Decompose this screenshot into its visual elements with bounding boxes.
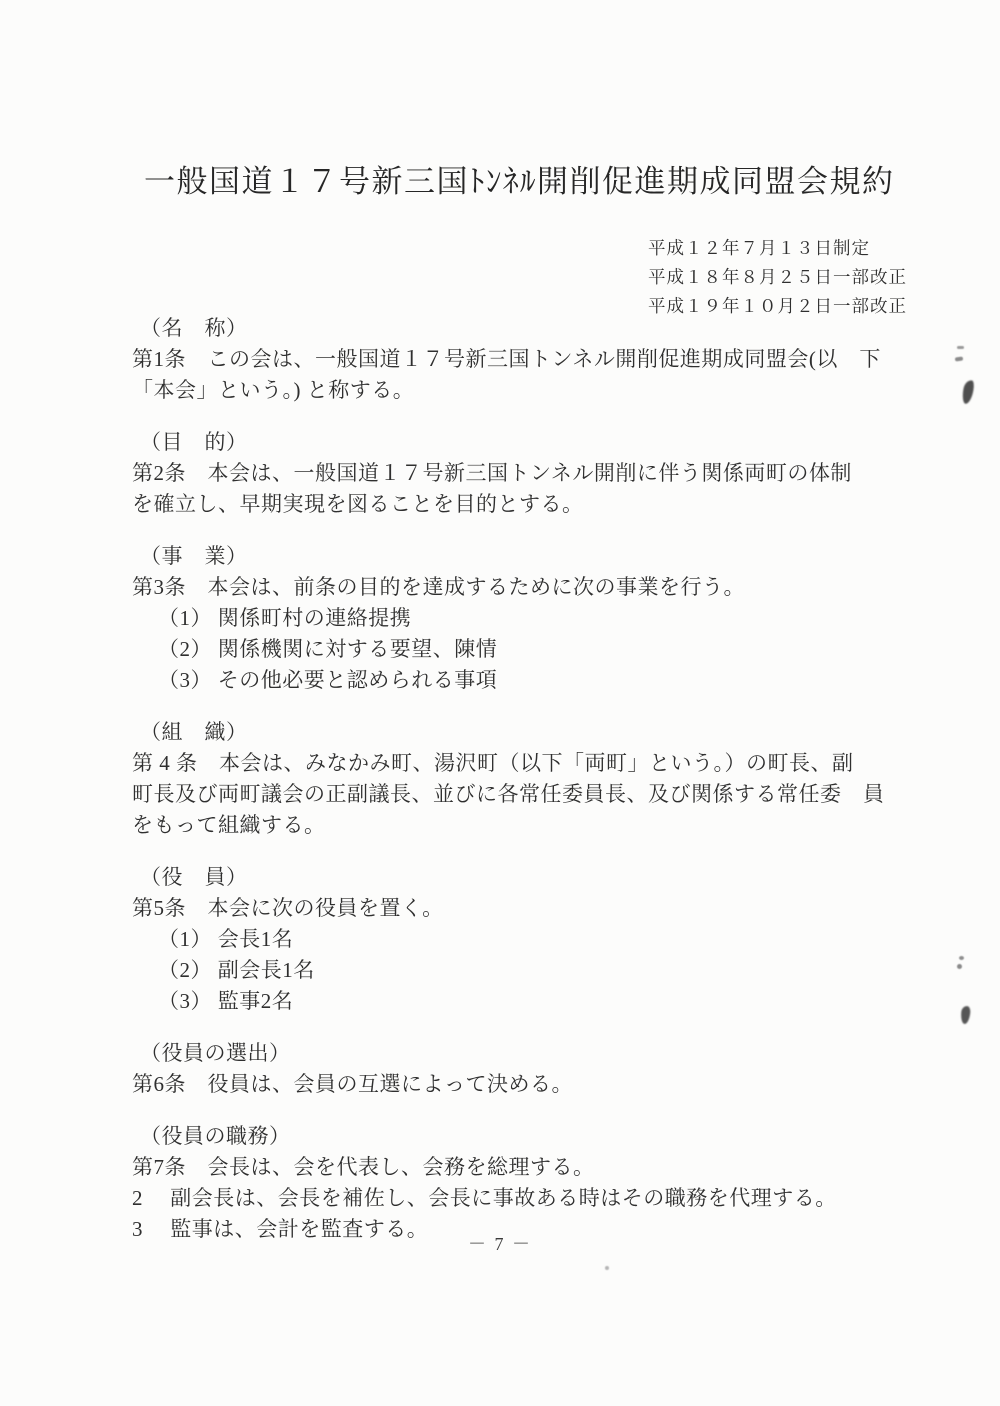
list-item-1: （1） 会長1名 xyxy=(132,924,892,955)
section-heading: （役員の職務） xyxy=(132,1121,892,1152)
section-business: （事 業） 第3条 本会は、前条の目的を達成するために次の事業を行う。 （1） … xyxy=(132,541,892,696)
scan-artifact xyxy=(955,356,963,361)
page-number: － 7 － xyxy=(0,1230,1000,1256)
section-purpose: （目 的） 第2条 本会は、一般国道１７号新三国トンネル開削に伴う関係両町の体制… xyxy=(132,427,892,520)
scan-artifact xyxy=(959,956,964,960)
scan-artifact xyxy=(961,379,975,404)
article-4-line-1: 第 4 条 本会は、みなかみ町、湯沢町（以下「両町」という。）の町長、副 xyxy=(132,748,892,779)
section-heading: （目 的） xyxy=(132,427,892,458)
list-item-2: （2） 副会長1名 xyxy=(132,955,892,986)
document-title: 一般国道１７号新三国ﾄﾝﾈﾙ開削促進期成同盟会規約 xyxy=(144,156,895,201)
article-4-line-2: 町長及び両町議会の正副議長、並びに各常任委員長、及び関係する常任委 員 xyxy=(132,779,892,810)
article-2-line-2: を確立し、早期実現を図ることを目的とする。 xyxy=(132,489,892,520)
article-1-line-1: 第1条 この会は、一般国道１７号新三国トンネル開削促進期成同盟会(以 下 xyxy=(132,344,892,375)
section-heading: （事 業） xyxy=(132,541,892,572)
enactment-date: 平成１２年７月１３日制定 xyxy=(648,234,907,263)
list-item-1: （1） 関係町村の連絡提携 xyxy=(132,603,892,634)
section-heading: （組 織） xyxy=(132,717,892,748)
section-heading: （役員の選出） xyxy=(132,1038,892,1069)
document-body: （名 称） 第1条 この会は、一般国道１７号新三国トンネル開削促進期成同盟会(以… xyxy=(132,313,892,1266)
article-4-line-3: をもって組織する。 xyxy=(132,810,892,841)
section-officer-election: （役員の選出） 第6条 役員は、会員の互選によって決める。 xyxy=(132,1038,892,1100)
section-organization: （組 織） 第 4 条 本会は、みなかみ町、湯沢町（以下「両町」という。）の町長… xyxy=(132,717,892,841)
section-officer-duties: （役員の職務） 第7条 会長は、会を代表し、会務を総理する。 2 副会長は、会長… xyxy=(132,1121,892,1245)
article-6-line-1: 第6条 役員は、会員の互選によって決める。 xyxy=(132,1069,892,1100)
section-name: （名 称） 第1条 この会は、一般国道１７号新三国トンネル開削促進期成同盟会(以… xyxy=(132,313,892,406)
article-5-line-1: 第5条 本会に次の役員を置く。 xyxy=(132,893,892,924)
article-1-line-2: 「本会」という。) と称する。 xyxy=(132,375,892,406)
article-7-clause-2: 2 副会長は、会長を補佐し、会長に事故ある時はその職務を代理する。 xyxy=(132,1183,892,1214)
document-page: 一般国道１７号新三国ﾄﾝﾈﾙ開削促進期成同盟会規約 平成１２年７月１３日制定 平… xyxy=(0,0,1000,1406)
scan-artifact xyxy=(960,1006,971,1025)
revision-dates: 平成１２年７月１３日制定 平成１８年８月２５日一部改正 平成１９年１０月２日一部… xyxy=(648,234,907,321)
section-officers: （役 員） 第5条 本会に次の役員を置く。 （1） 会長1名 （2） 副会長1名… xyxy=(132,862,892,1017)
scan-artifact xyxy=(957,346,964,349)
list-item-2: （2） 関係機関に対する要望、陳情 xyxy=(132,634,892,665)
revision-date-1: 平成１８年８月２５日一部改正 xyxy=(648,263,907,292)
list-item-3: （3） その他必要と認められる事項 xyxy=(132,665,892,696)
article-3-line-1: 第3条 本会は、前条の目的を達成するために次の事業を行う。 xyxy=(132,572,892,603)
article-7-line-1: 第7条 会長は、会を代表し、会務を総理する。 xyxy=(132,1152,892,1183)
section-heading: （名 称） xyxy=(132,313,892,344)
section-heading: （役 員） xyxy=(132,862,892,893)
list-item-3: （3） 監事2名 xyxy=(132,986,892,1017)
scan-artifact xyxy=(605,1266,609,1270)
scan-artifact xyxy=(957,964,962,969)
article-2-line-1: 第2条 本会は、一般国道１７号新三国トンネル開削に伴う関係両町の体制 xyxy=(132,458,892,489)
